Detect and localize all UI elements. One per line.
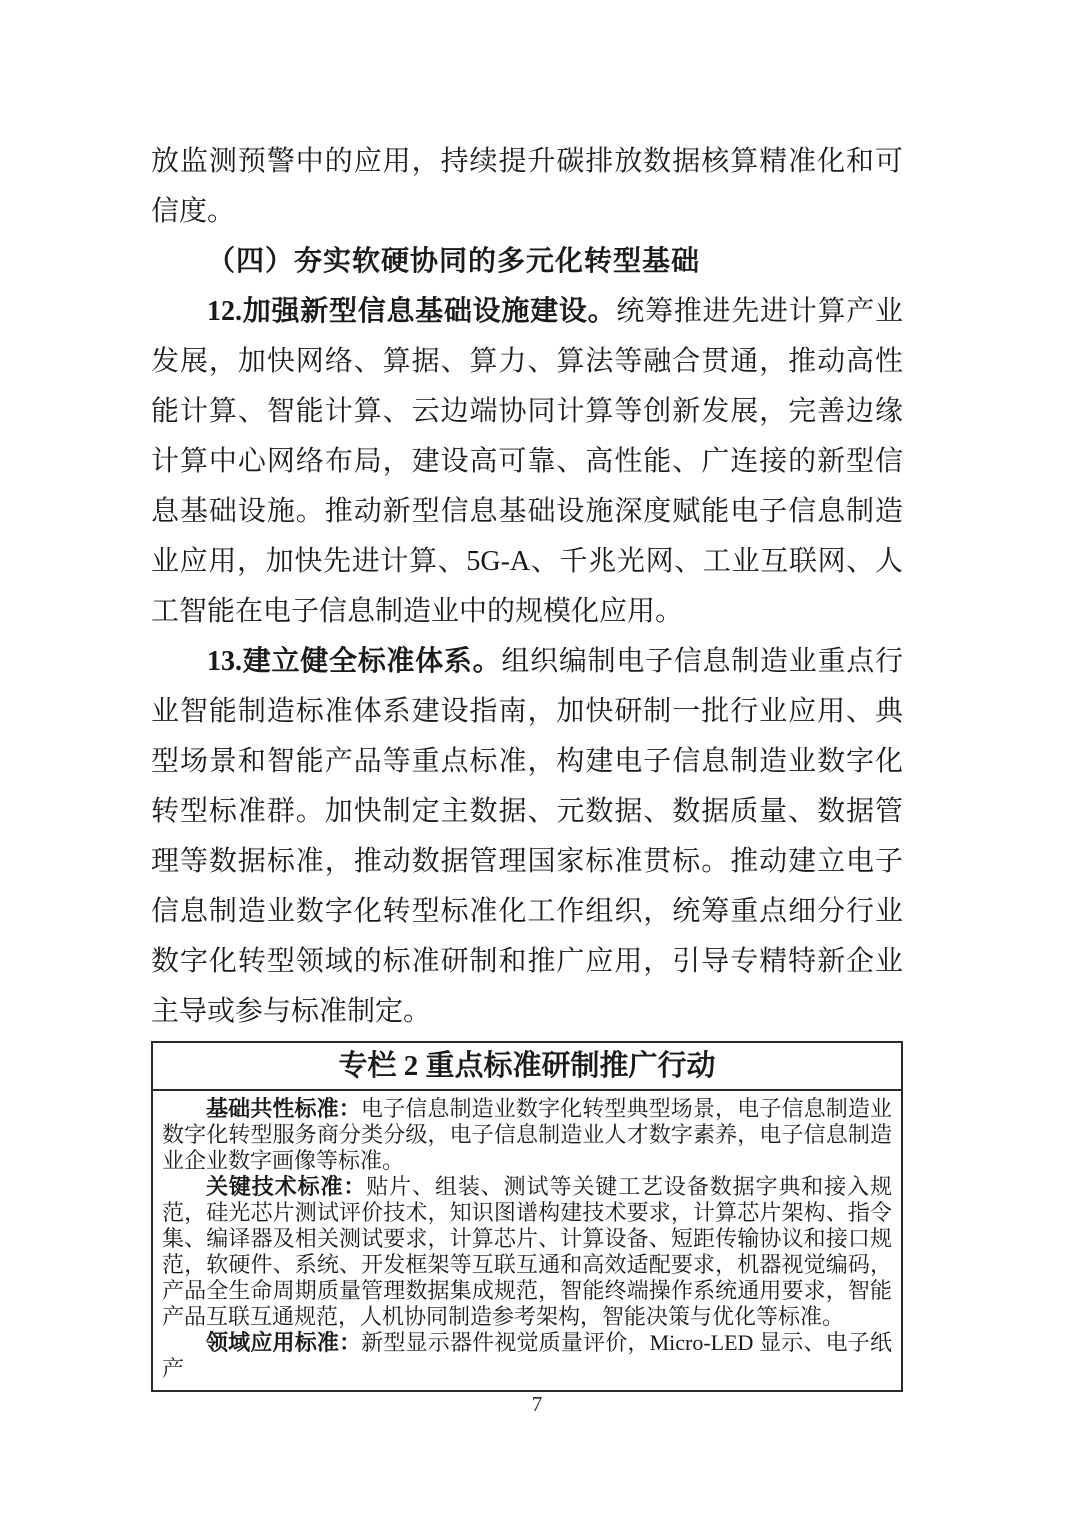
- paragraph-13-lead: 13.建立健全标准体系。: [207, 646, 501, 677]
- section-heading-four: （四）夯实软硬协同的多元化转型基础: [151, 237, 903, 287]
- paragraph-12-lead: 12.加强新型信息基础设施建设。: [207, 296, 616, 327]
- paragraph-12: 12.加强新型信息基础设施建设。统筹推进先进计算产业发展，加快网络、算据、算力、…: [151, 287, 903, 637]
- column-box-2: 专栏 2 重点标准研制推广行动 基础共性标准：电子信息制造业数字化转型典型场景，…: [151, 1041, 903, 1392]
- paragraph-13: 13.建立健全标准体系。组织编制电子信息制造业重点行业智能制造标准体系建设指南，…: [151, 637, 903, 1037]
- column-box-content: 基础共性标准：电子信息制造业数字化转型典型场景，电子信息制造业数字化转型服务商分…: [153, 1091, 901, 1390]
- document-content: 放监测预警中的应用，持续提升碳排放数据核算精准化和可信度。 （四）夯实软硬协同的…: [151, 137, 903, 1392]
- box-item-domain-application-standards-lead: 领域应用标准：: [206, 1330, 361, 1355]
- paragraph-13-text: 组织编制电子信息制造业重点行业智能制造标准体系建设指南，加快研制一批行业应用、典…: [151, 646, 903, 1027]
- column-box-title: 专栏 2 重点标准研制推广行动: [153, 1043, 901, 1091]
- paragraph-12-text: 统筹推进先进计算产业发展，加快网络、算据、算力、算法等融合贯通，推动高性能计算、…: [151, 296, 903, 627]
- box-item-basic-common-standards-lead: 基础共性标准：: [206, 1096, 361, 1121]
- box-item-key-technology-standards: 关键技术标准：贴片、组装、测试等关键工艺设备数据字典和接入规范，硅光芯片测试评价…: [162, 1174, 892, 1330]
- box-item-key-technology-standards-lead: 关键技术标准：: [206, 1174, 366, 1199]
- document-page: 放监测预警中的应用，持续提升碳排放数据核算精准化和可信度。 （四）夯实软硬协同的…: [0, 0, 1074, 1520]
- paragraph-carbon-continuation: 放监测预警中的应用，持续提升碳排放数据核算精准化和可信度。: [151, 137, 903, 237]
- page-number: 7: [0, 1392, 1074, 1417]
- box-item-basic-common-standards: 基础共性标准：电子信息制造业数字化转型典型场景，电子信息制造业数字化转型服务商分…: [162, 1096, 892, 1174]
- box-item-domain-application-standards: 领域应用标准：新型显示器件视觉质量评价，Micro-LED 显示、电子纸产: [162, 1330, 892, 1382]
